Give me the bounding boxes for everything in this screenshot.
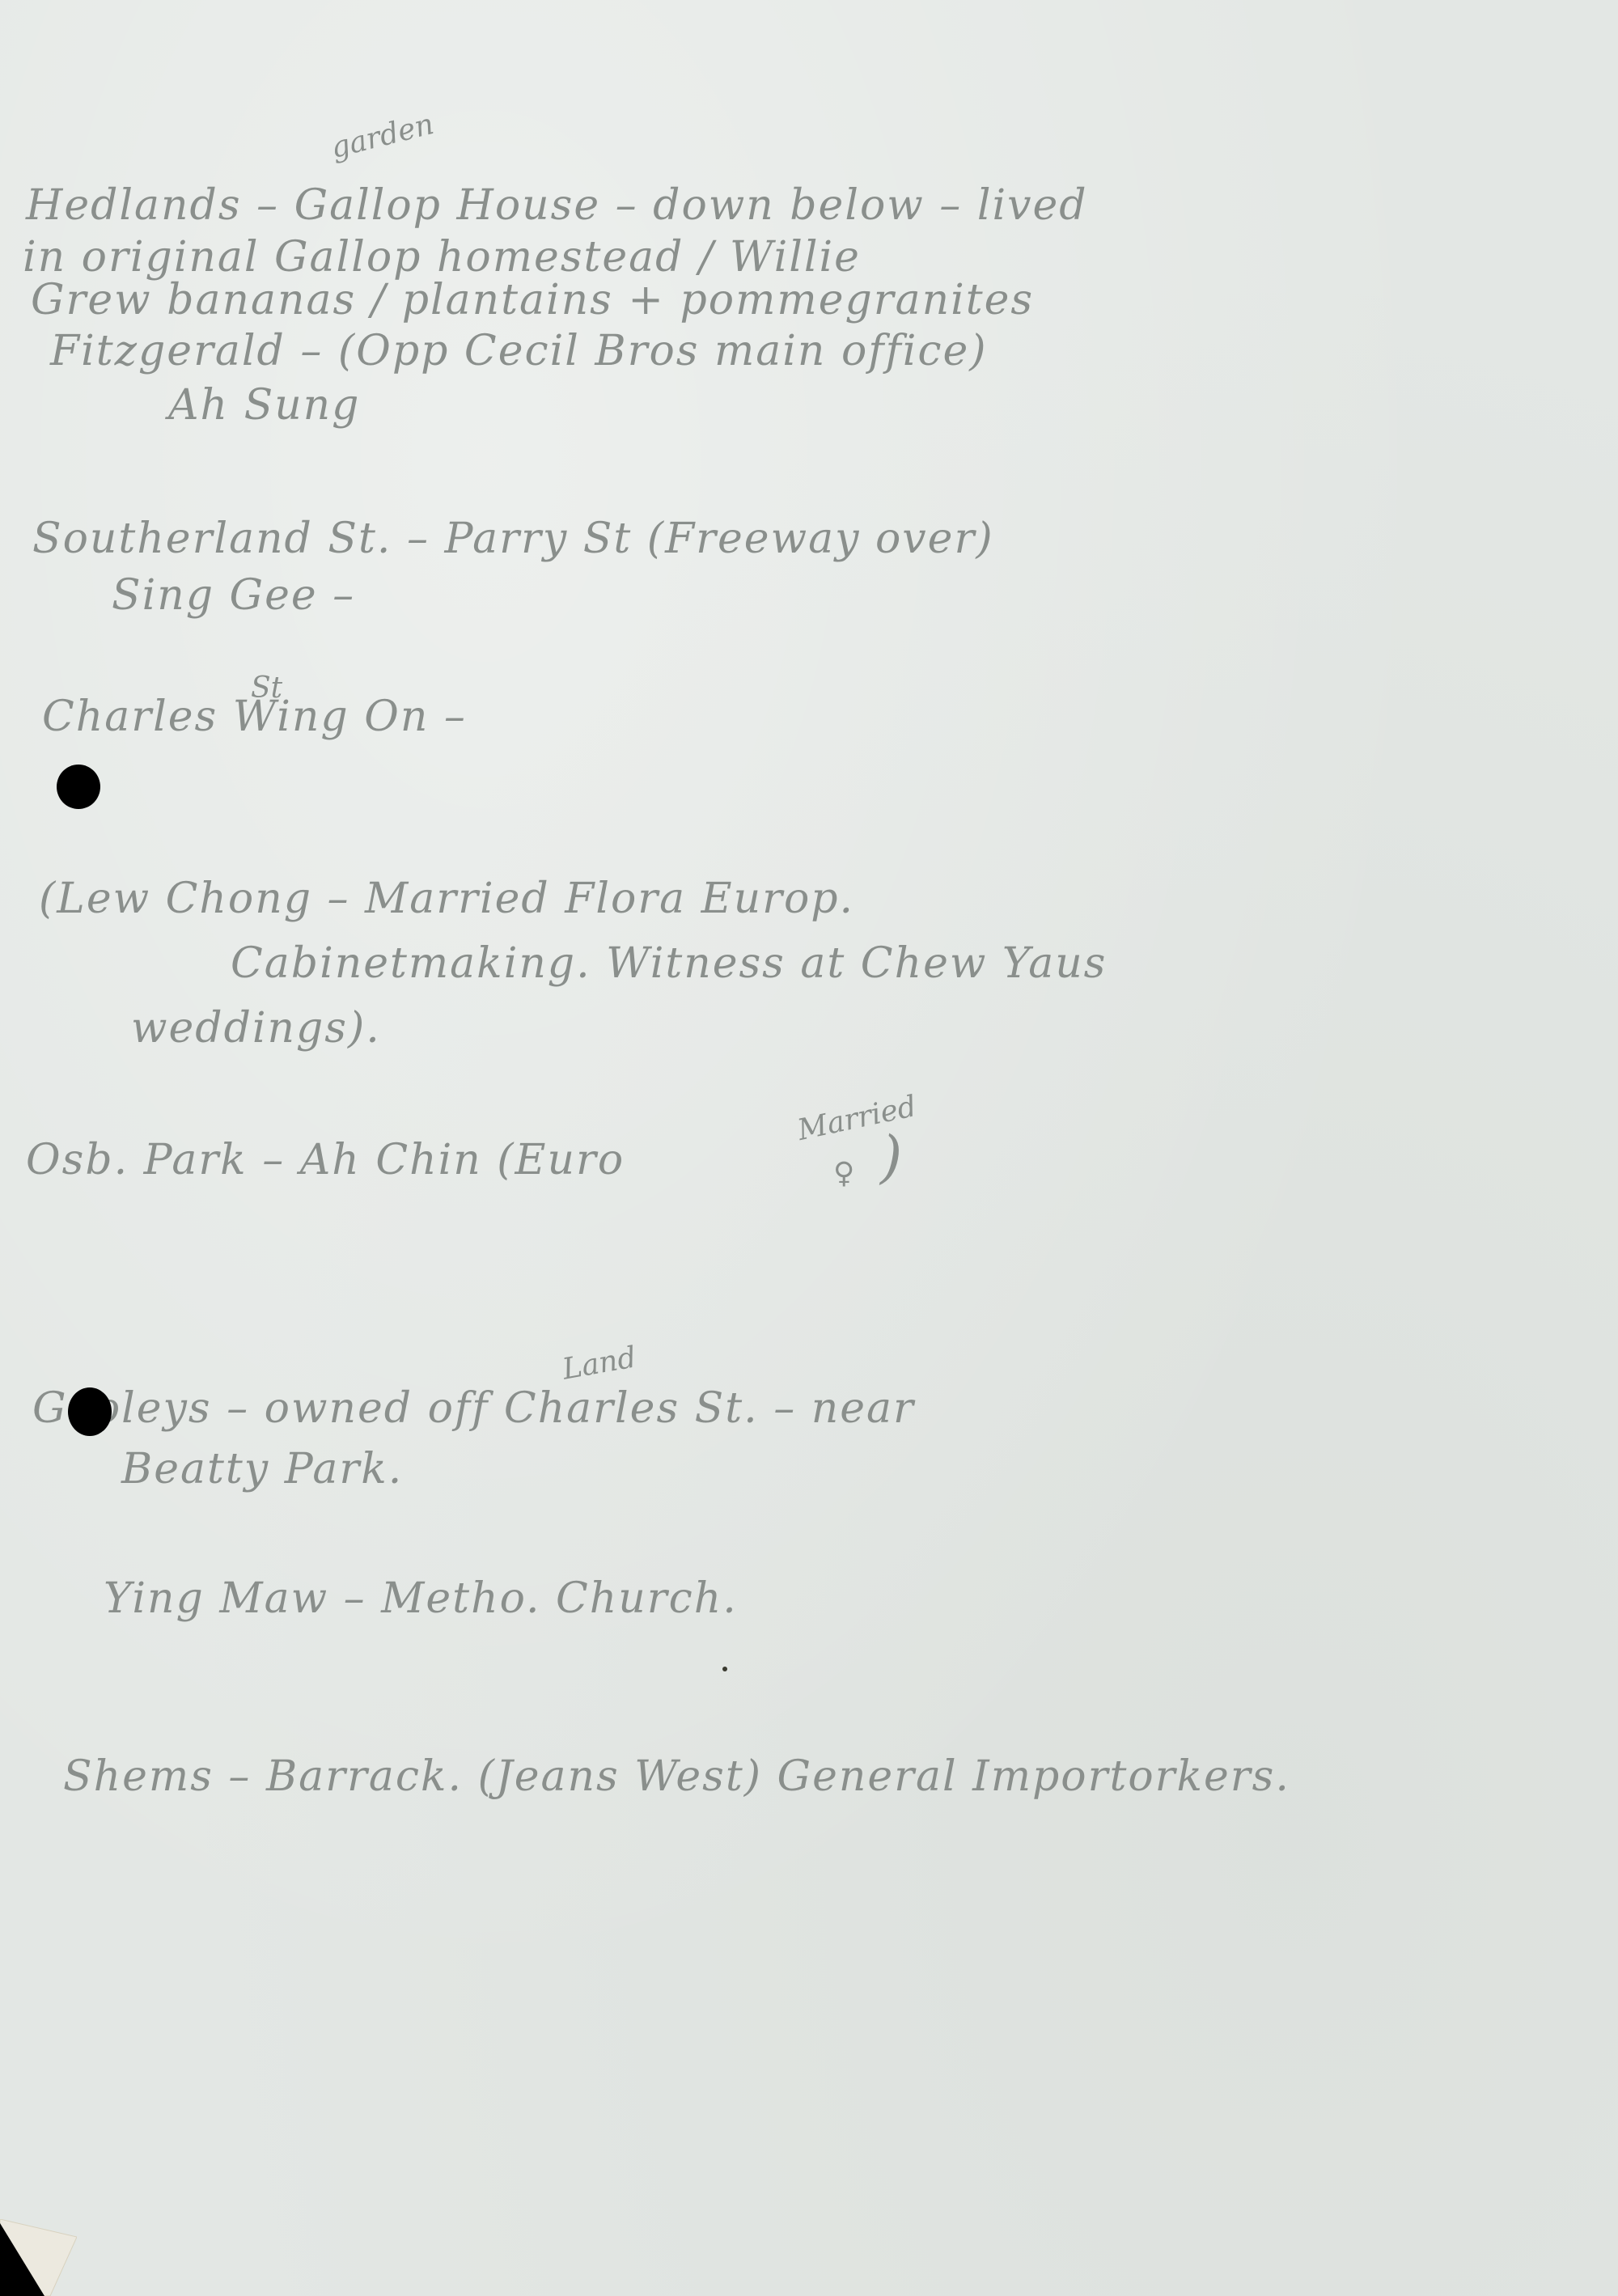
- note-line: weddings).: [131, 1007, 381, 1049]
- note-line: in original Gallop homestead / Willie: [23, 236, 861, 278]
- closing-paren: ): [880, 1129, 904, 1185]
- annotation-garden: garden: [328, 108, 437, 165]
- note-line: Hedlands – Gallop House – down below – l…: [26, 184, 1088, 227]
- note-line: Shems – Barrack. (Jeans West) General Im…: [63, 1756, 1290, 1798]
- note-line: Fitzgerald – (Opp Cecil Bros main office…: [50, 330, 988, 372]
- note-line: Beatty Park.: [121, 1448, 403, 1490]
- punch-hole: [68, 1387, 112, 1436]
- note-line: Osb. Park – Ah Chin (Euro: [26, 1139, 625, 1181]
- annotation-land: Land: [560, 1341, 638, 1386]
- note-line: Cabinetmaking. Witness at Chew Yaus: [231, 943, 1107, 985]
- note-line: Charles Wing On –: [42, 696, 467, 738]
- note-line: Sing Gee –: [112, 574, 355, 616]
- note-line: Ying Maw – Metho. Church.: [104, 1578, 738, 1620]
- note-line: Southerland St. – Parry St (Freeway over…: [32, 518, 994, 560]
- paper-speck: [722, 1667, 727, 1671]
- folded-corner: [0, 2219, 77, 2296]
- note-line: Grew bananas / plantains + pommegranites: [31, 279, 1034, 321]
- document-page: garden Hedlands – Gallop House – down be…: [0, 0, 1618, 2296]
- note-line: Ah Sung: [168, 384, 360, 426]
- female-symbol: ♀: [833, 1157, 854, 1190]
- note-line: Gooleys – owned off Charles St. – near: [32, 1387, 915, 1430]
- note-line: (Lew Chong – Married Flora Europ.: [39, 878, 854, 920]
- punch-hole: [57, 765, 100, 809]
